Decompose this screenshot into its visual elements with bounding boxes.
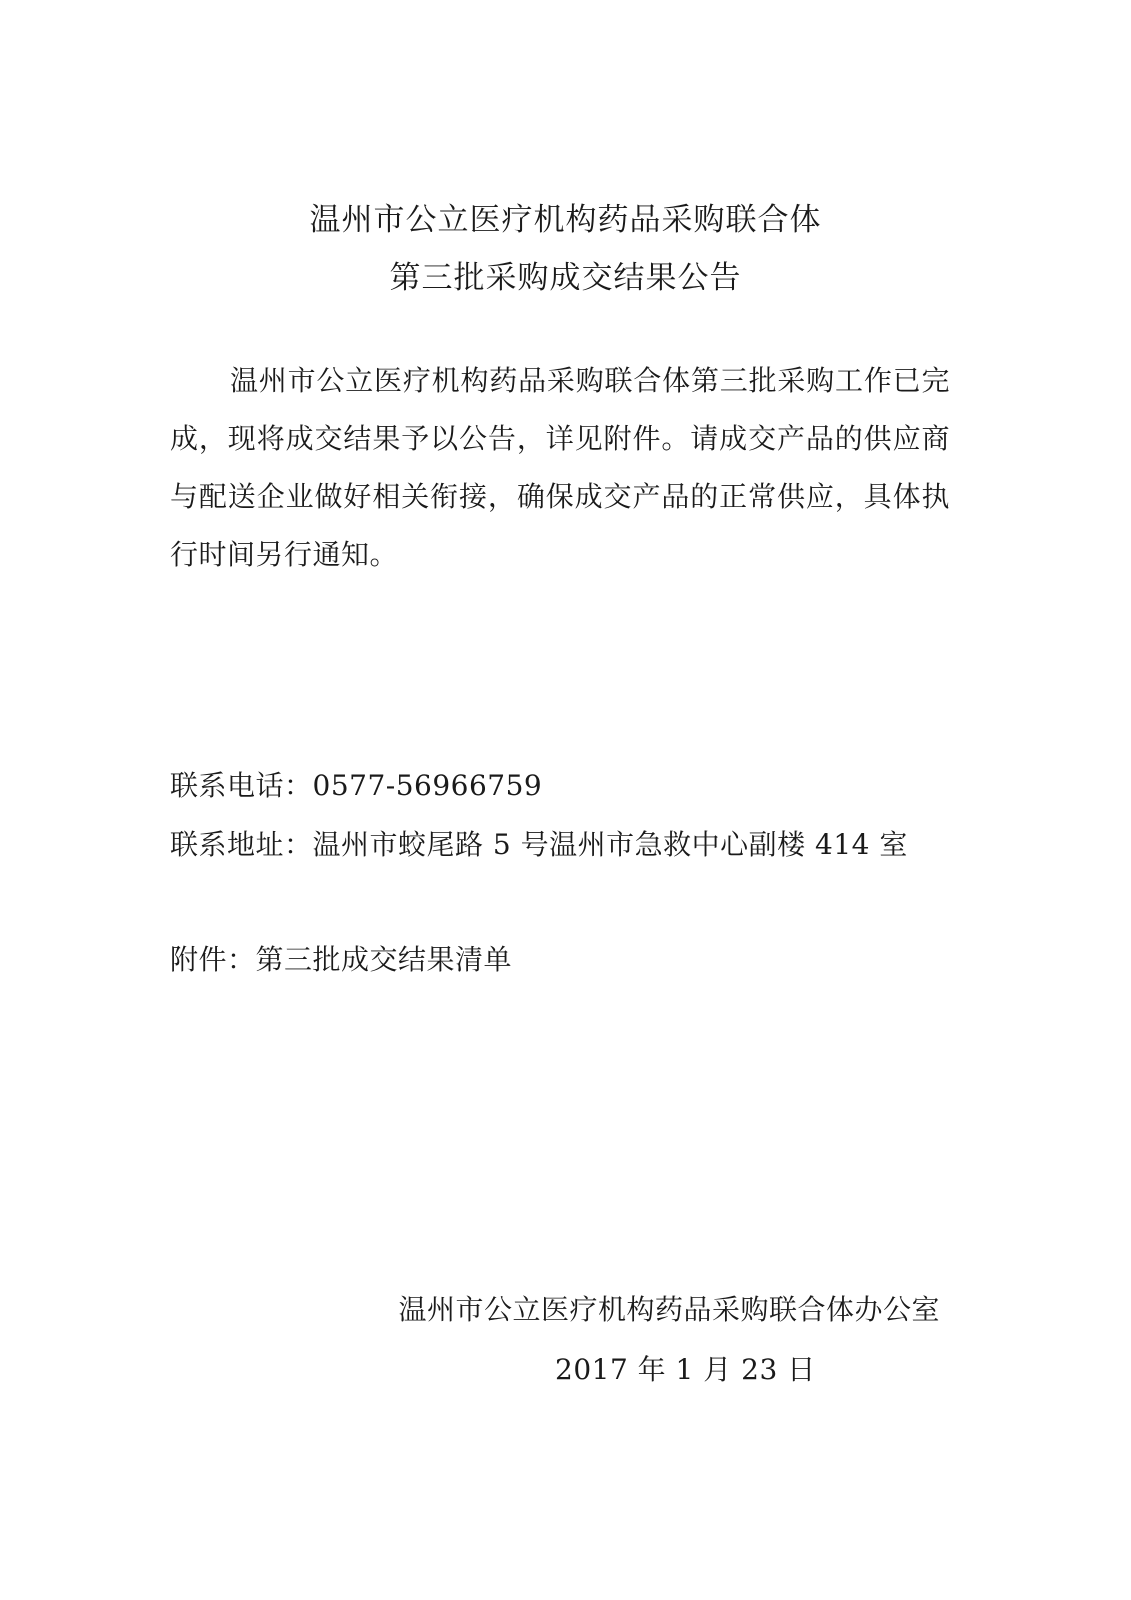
contact-address-value: 温州市蛟尾路 5 号温州市急救中心副楼 414 室 bbox=[313, 828, 908, 861]
signature-organization: 温州市公立医疗机构药品采购联合体办公室 bbox=[0, 1290, 940, 1330]
document-title-line-2: 第三批采购成交结果公告 bbox=[0, 258, 1131, 298]
document-page: 温州市公立医疗机构药品采购联合体 第三批采购成交结果公告 温州市公立医疗机构药品… bbox=[0, 0, 1131, 1600]
attachment-line: 附件：第三批成交结果清单 bbox=[170, 940, 512, 980]
signature-date: 2017 年 1 月 23 日 bbox=[555, 1350, 816, 1390]
contact-address-label: 联系地址： bbox=[170, 828, 313, 861]
contact-address: 联系地址：温州市蛟尾路 5 号温州市急救中心副楼 414 室 bbox=[170, 825, 908, 865]
announcement-paragraph: 温州市公立医疗机构药品采购联合体第三批采购工作已完成，现将成交结果予以公告，详见… bbox=[170, 352, 950, 584]
attachment-label: 附件： bbox=[170, 943, 256, 976]
document-title-line-1: 温州市公立医疗机构药品采购联合体 bbox=[0, 200, 1131, 240]
contact-phone-value: 0577-56966759 bbox=[313, 769, 543, 802]
attachment-name: 第三批成交结果清单 bbox=[256, 943, 513, 976]
contact-phone-label: 联系电话： bbox=[170, 769, 313, 802]
contact-phone: 联系电话：0577-56966759 bbox=[170, 766, 542, 806]
